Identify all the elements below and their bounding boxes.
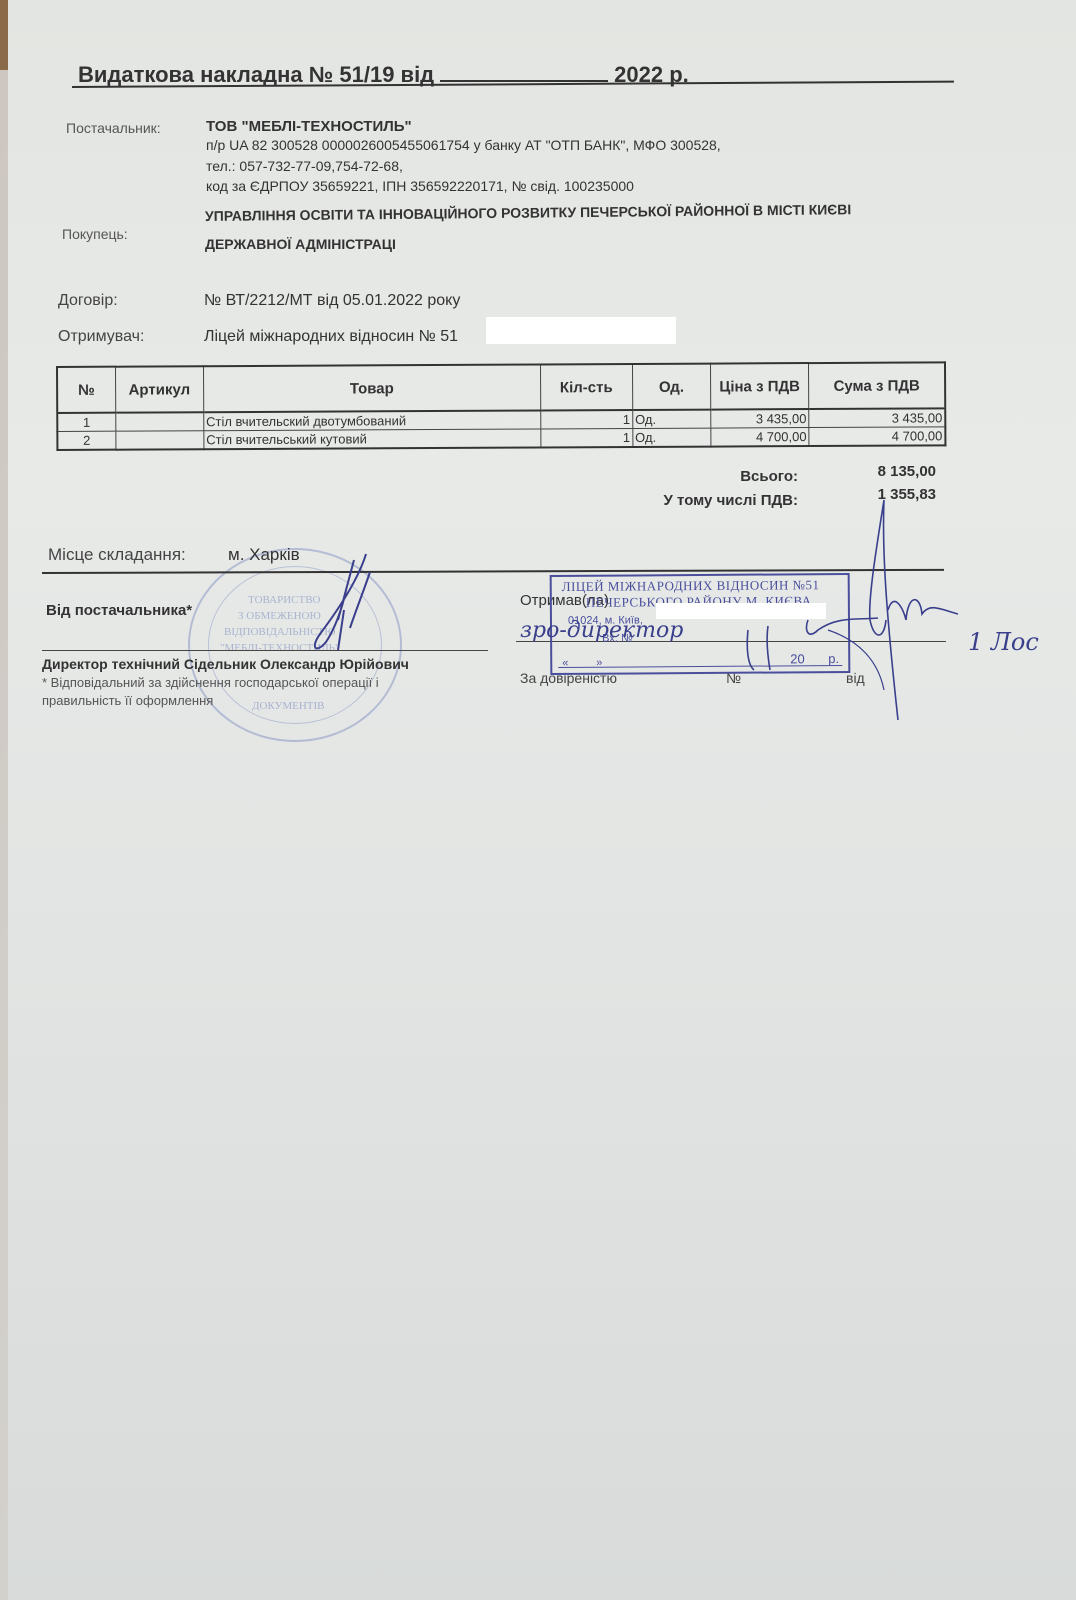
- col-header-sku: Артикул: [115, 366, 203, 412]
- col-header-item: Товар: [203, 364, 540, 412]
- row-qty: 1: [540, 428, 632, 447]
- supplier-signature-line: [42, 650, 488, 651]
- buyer-line-2: ДЕРЖАВНОЇ АДМІНІСТРАЦІ: [205, 234, 396, 254]
- total-value: 8 135,00: [836, 463, 936, 480]
- date-blank: [440, 62, 608, 82]
- supplier-label: Постачальник:: [66, 120, 161, 136]
- table-header-row: № Артикул Товар Кіл-сть Од. Ціна з ПДВ С…: [57, 362, 945, 413]
- row-price: 3 435,00: [711, 409, 809, 428]
- redaction-box: [486, 317, 676, 344]
- supplier-name: ТОВ "МЕБЛІ-ТЕХНОСТИЛЬ": [206, 118, 412, 135]
- paper-edge: [0, 0, 8, 70]
- col-header-unit: Од.: [632, 364, 710, 410]
- row-item: Стіл вчительский двотумбований: [204, 410, 541, 430]
- invoice-paper: Видаткова накладна № 51/19 від2022 р. По…: [8, 0, 1076, 1600]
- buyer-label: Покупець:: [62, 226, 128, 242]
- row-qty: 1: [540, 410, 632, 429]
- row-unit: Од.: [633, 428, 711, 447]
- total-label: Всього:: [578, 468, 798, 485]
- col-header-qty: Кіл-сть: [540, 364, 632, 410]
- table-row: 2 Стіл вчительський кутовий 1 Од. 4 700,…: [57, 427, 945, 450]
- supplier-signature: [298, 550, 378, 670]
- contract-label: Договір:: [58, 292, 118, 310]
- responsibility-note-2: правильність її оформлення: [42, 693, 213, 708]
- place-label: Місце складання:: [48, 545, 186, 565]
- recipient-label: Отримувач:: [58, 328, 144, 346]
- row-unit: Од.: [633, 410, 711, 429]
- col-header-sum: Сума з ПДВ: [809, 362, 946, 409]
- supplier-codes: код за ЄДРПОУ 35659221, ІПН 356592220171…: [206, 178, 634, 194]
- place-value: м. Харків: [228, 545, 300, 565]
- buyer-line-1: УПРАВЛІННЯ ОСВІТИ ТА ІННОВАЦІЙНОГО РОЗВИ…: [205, 199, 851, 226]
- row-sum: 3 435,00: [809, 408, 945, 427]
- responsibility-note-1: * Відповідальний за здійснення господарс…: [42, 675, 379, 690]
- recipient-value: Ліцей міжнародних відносин № 51: [204, 328, 458, 346]
- row-sku: [115, 412, 203, 431]
- row-sum: 4 700,00: [809, 427, 945, 446]
- row-number: 2: [57, 431, 115, 450]
- from-supplier-label: Від постачальника*: [46, 602, 192, 619]
- col-header-number: №: [57, 367, 115, 413]
- row-sku: [115, 431, 203, 450]
- row-item: Стіл вчительський кутовий: [204, 429, 541, 449]
- row-price: 4 700,00: [711, 428, 809, 447]
- contract-value: № ВТ/2212/МТ від 05.01.2022 року: [204, 292, 460, 310]
- handwritten-position: зро-директор: [520, 618, 683, 643]
- stamp-text: ДОКУМЕНТІВ: [252, 700, 325, 712]
- supplier-phone: тел.: 057-732-77-09,754-72-68,: [206, 158, 403, 174]
- col-header-price: Ціна з ПДВ: [710, 363, 808, 410]
- recipient-signature: [708, 490, 968, 730]
- supplier-bank: п/р UA 82 300528 0000026005455061754 у б…: [206, 137, 721, 153]
- items-table: № Артикул Товар Кіл-сть Од. Ціна з ПДВ С…: [56, 361, 946, 451]
- handwritten-side-note: 1 Лос: [968, 628, 1039, 656]
- row-number: 1: [57, 413, 115, 432]
